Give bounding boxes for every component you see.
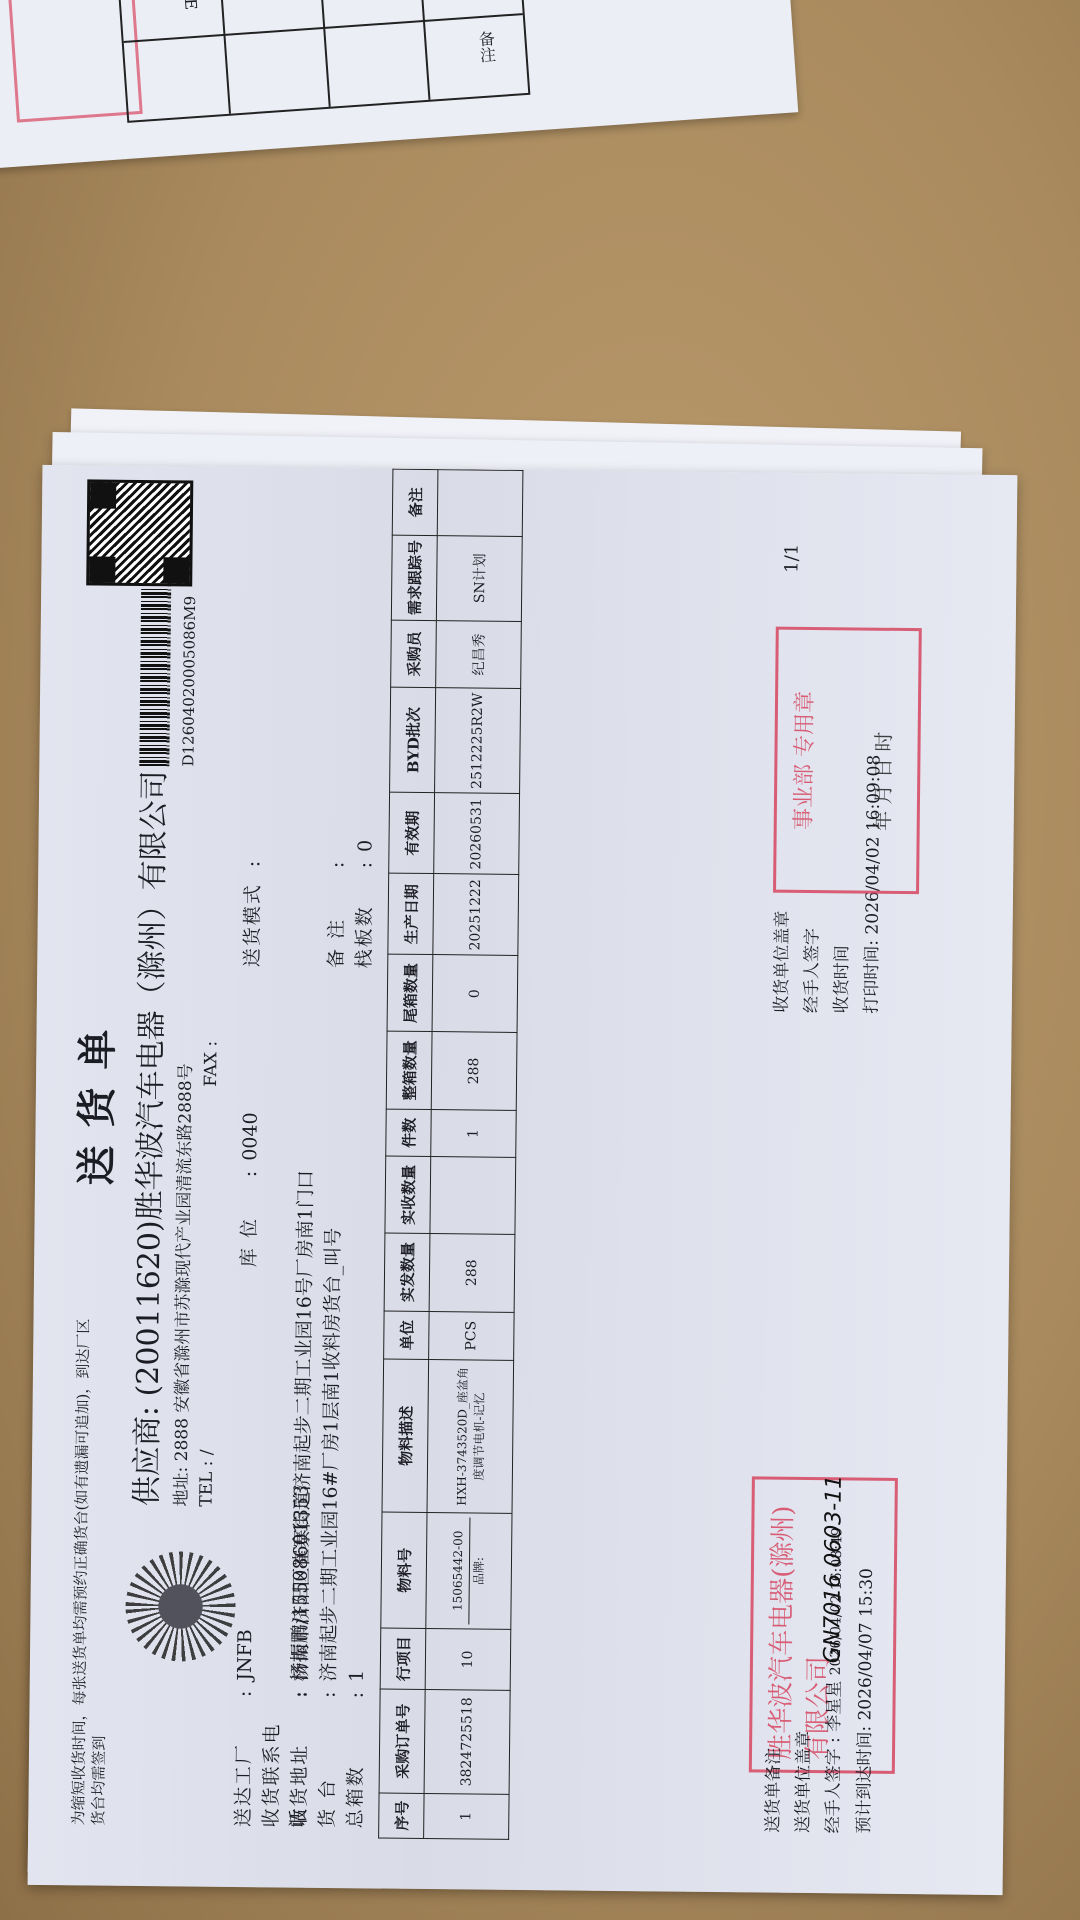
supplier-line: 供应商: (20011620)胜华波汽车电器（滁州）有限公司 (122, 770, 174, 1506)
supplier-tel: TEL : / (197, 1449, 218, 1507)
supplier-fax: FAX : (201, 1041, 221, 1087)
field-value: JNFB (234, 1629, 257, 1681)
handler-name: 李星星 (824, 1681, 845, 1732)
field-delivery-mode: 送货模式: (237, 851, 265, 968)
mini-program-code-icon (125, 1551, 236, 1662)
supplier-address: 地址: 2888 安徽省滁州市苏滁现代产业园清流东路2888号 (167, 1063, 197, 1506)
field-value: 济南起步二期工业园16#厂房1层南1收料房货台_叫号 (318, 1228, 345, 1682)
barcode-icon (139, 586, 171, 766)
supplier-name: (20011620)胜华波汽车电器（滁州）有限公司 (131, 770, 173, 1396)
table-row: 1 3824725518 10 15065442-00 品牌: HXH-3743… (424, 470, 523, 1840)
delivery-note: 为缩短收货时间，每张送货单均需预约正确货台(如有遗漏可追加)，到达厂区货台均需签… (28, 465, 1018, 1895)
remark-label: 送货单备注 (758, 1527, 791, 1833)
field-remark: 备 注: (321, 851, 349, 968)
bg-cell: YUE (179, 0, 200, 11)
material-cell: 15065442-00 品牌: (426, 1513, 512, 1630)
field-location: 库 位:0040 (234, 1112, 263, 1267)
receiver-stamp: 事业部 专用章 年 月 日 时 (773, 627, 922, 895)
seal-label: 送货单位盖章 (788, 1527, 821, 1833)
notice-text: 为缩短收货时间，每张送货单均需预约正确货台(如有遗漏可追加)，到达厂区货台均需签… (68, 1305, 113, 1825)
field-factory: 送达工厂:JNFB (228, 1629, 257, 1827)
background-table: YUE UE 月 号 备注 (117, 0, 531, 123)
handwritten-note: GN7016 0603-11 (820, 1475, 847, 1664)
page-number: 1/1 (781, 544, 802, 573)
field-total-boxes: 总箱数:1 (340, 1670, 369, 1829)
barcode-number: D12604020005086M9 (179, 596, 199, 767)
field-value: 1 (346, 1670, 368, 1682)
items-table: 序号 采购订单号 行项目 物料号 物料描述 单位 实发数量 实收数量 件数 整箱… (378, 469, 523, 1840)
field-value: 济南市济阳区崔寨街道济南起步二期工业园16号厂房南1门口 (290, 1170, 317, 1681)
eta-value: 2026/04/07 15:30 (855, 1568, 877, 1721)
bg-remark: 备注 (474, 30, 499, 64)
document-title: 送货单 (65, 1011, 124, 1186)
field-pallets: 栈板数:0 (349, 840, 377, 969)
eta-line: 预计到达时间: 2026/04/07 15:30 (849, 1527, 882, 1833)
background-sheet: YUE UE 月 号 备注 (0, 0, 798, 169)
supplier-label: 供应商: (130, 1406, 166, 1506)
qr-code-icon (86, 479, 193, 586)
